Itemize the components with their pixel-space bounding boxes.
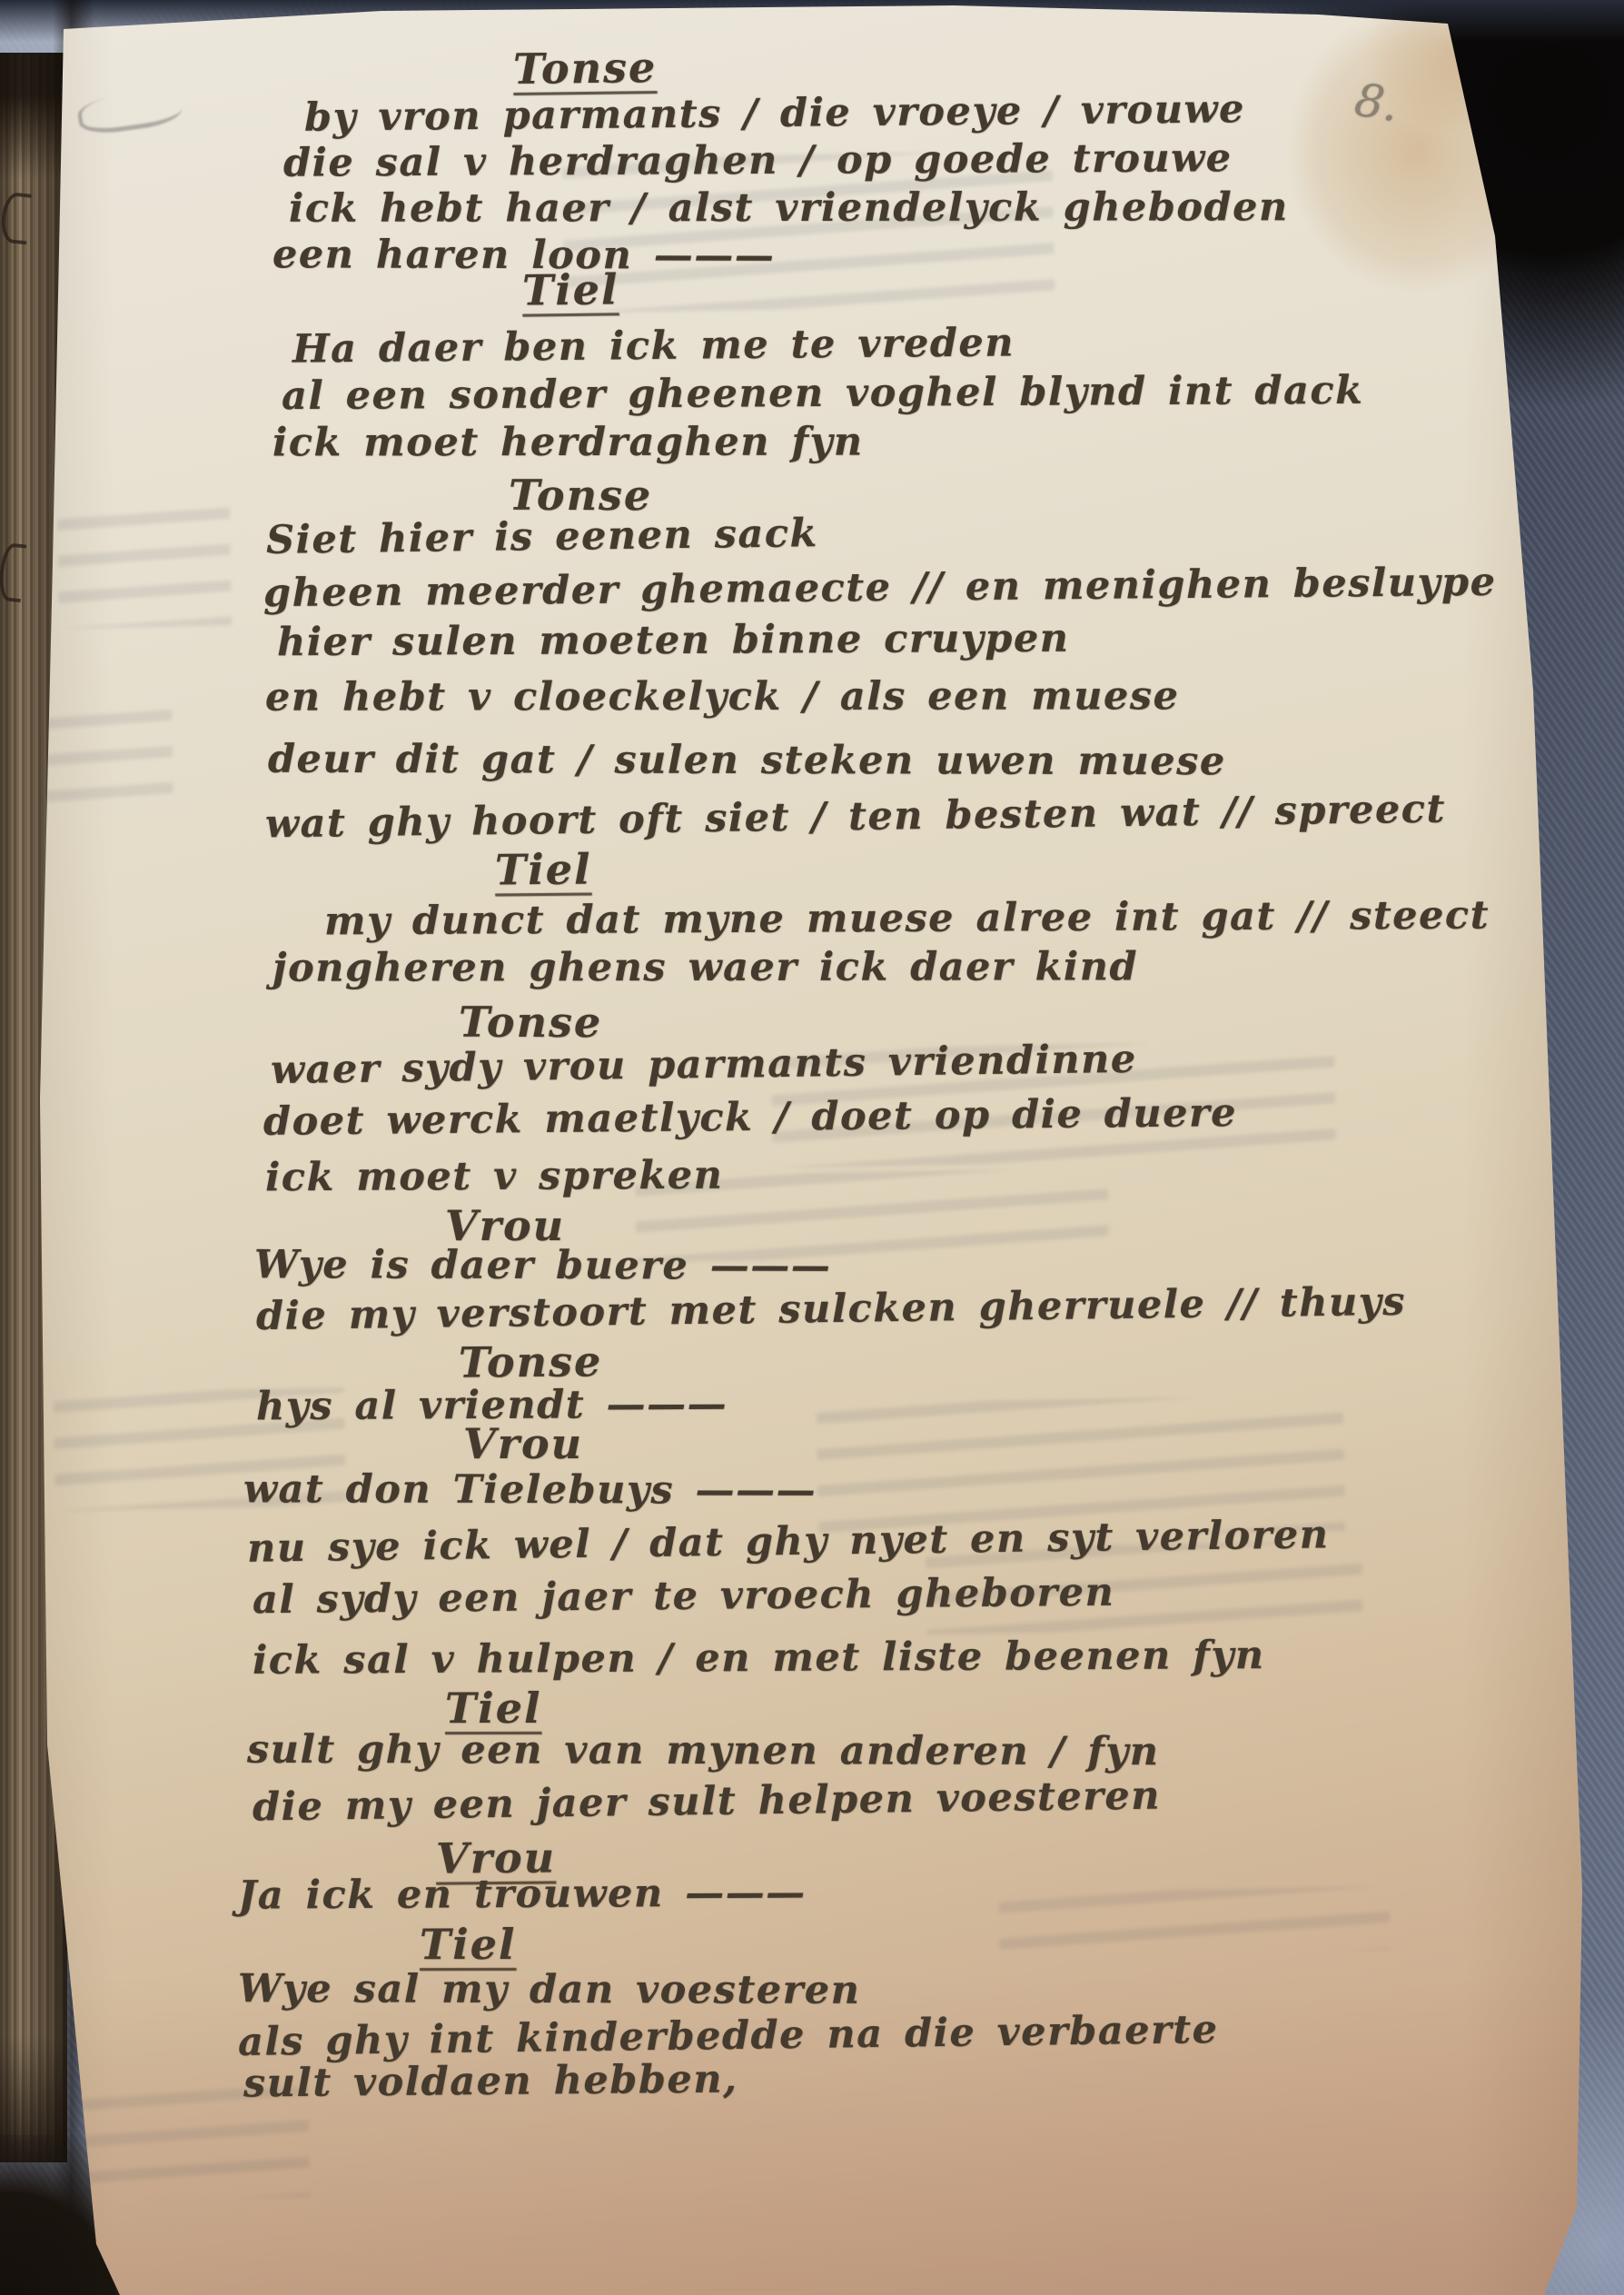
manuscript-line: deur dit gat / sulen steken uwen muese: [268, 737, 1226, 785]
manuscript-line: Wye is daer buere ———: [254, 1242, 831, 1289]
speaker-heading: Tiel: [445, 1684, 542, 1733]
manuscript-line: die sal v herdraghen / op goede trouwe: [283, 135, 1233, 185]
speaker-heading: Tonse: [459, 1336, 603, 1386]
manuscript-line: sult voldaen hebben,: [243, 2057, 738, 2107]
manuscript-line: nu sye ick wel / dat ghy nyet en syt ver…: [247, 1512, 1330, 1571]
speaker-heading: Tiel: [420, 1920, 517, 1969]
manuscript-line: al een sonder gheenen voghel blynd int d…: [282, 368, 1364, 419]
speaker-heading: Tonse: [459, 998, 602, 1047]
manuscript-line: Siet hier is eenen sack: [266, 511, 818, 563]
manuscript-page: 8. Tonseby vron parmants / die vroeye / …: [0, 0, 1624, 2295]
manuscript-line: gheen meerder ghemaecte // en menighen b…: [263, 560, 1497, 616]
manuscript-line: ick moet v spreken: [265, 1153, 724, 1201]
manuscript-line: ick hebt haer / alst vriendelyck ghebode…: [289, 184, 1289, 232]
manuscript-line: die my verstoort met sulcken gherruele /…: [256, 1279, 1406, 1339]
manuscript-line: wat don Tielebuys ———: [243, 1466, 817, 1514]
manuscript-photo: 8. Tonseby vron parmants / die vroeye / …: [0, 0, 1624, 2295]
manuscript-line: by vron parmants / die vroeye / vrouwe: [304, 86, 1245, 140]
speaker-heading: Tonse: [513, 43, 658, 94]
speaker-heading: Tiel: [522, 264, 619, 314]
manuscript-line: ick moet herdraghen fyn: [272, 420, 864, 466]
manuscript-line: jongheren ghens waer ick daer kind: [272, 944, 1138, 990]
manuscript-line: en hebt v cloeckelyck / als een muese: [265, 673, 1179, 720]
speaker-heading: Vrou: [463, 1419, 583, 1468]
manuscript-line: al sydy een jaer te vroech gheboren: [253, 1570, 1115, 1624]
manuscript-line: Wye sal my dan voesteren: [238, 1966, 861, 2013]
manuscript-line: ick sal v hulpen / en met liste beenen f…: [253, 1633, 1265, 1684]
manuscript-line: waer sydy vrou parmants vriendinne: [271, 1037, 1137, 1093]
manuscript-line: die my een jaer sult helpen voesteren: [253, 1773, 1162, 1831]
manuscript-line: doet werck maetlyck / doet op die duere: [263, 1090, 1237, 1145]
manuscript-line: sult ghy een van mynen anderen / fyn: [247, 1727, 1160, 1774]
manuscript-line: Ha daer ben ick me te vreden: [292, 320, 1015, 372]
speaker-heading: Tiel: [495, 845, 592, 895]
manuscript-line: hier sulen moeten binne cruypen: [277, 616, 1070, 666]
text-column: Tonseby vron parmants / die vroeye / vro…: [0, 0, 1624, 2295]
manuscript-line: my dunct dat myne muese alree int gat //…: [324, 893, 1490, 945]
manuscript-line: Ja ick en trouwen ———: [238, 1870, 807, 1918]
manuscript-line: wat ghy hoort oft siet / ten besten wat …: [265, 787, 1446, 848]
